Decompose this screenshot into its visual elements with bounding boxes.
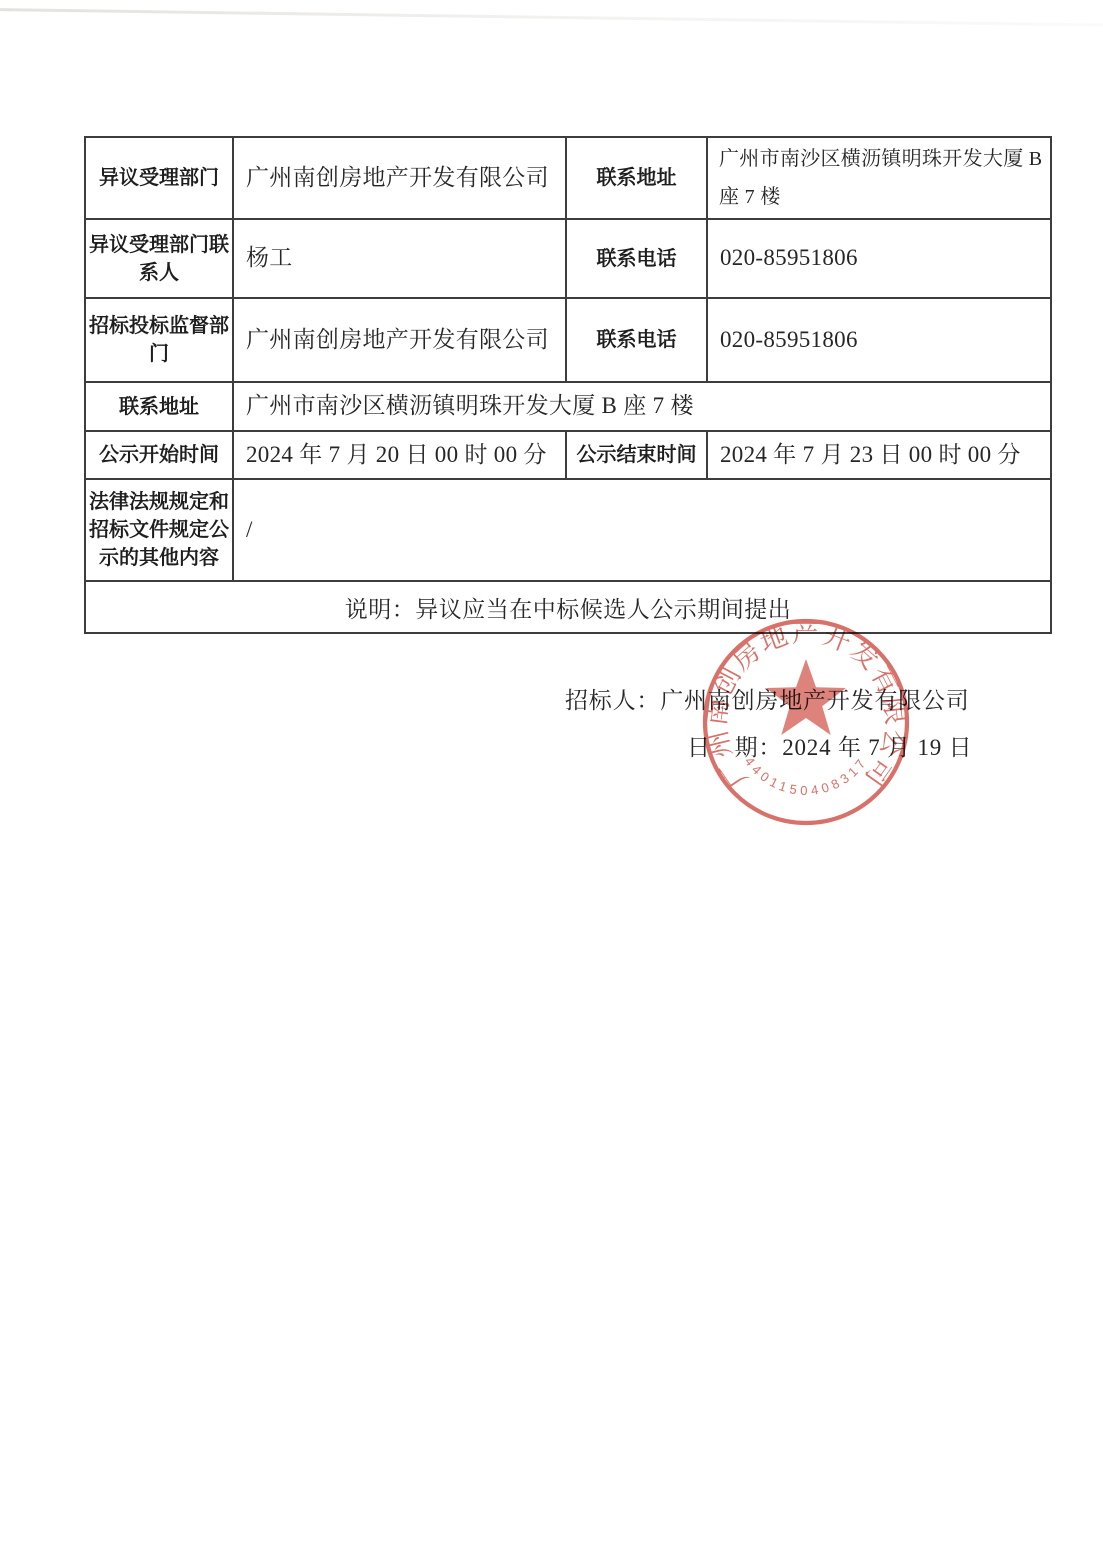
label-contact-address-full: 联系地址 xyxy=(85,382,233,431)
value-other-publicity-content: / xyxy=(233,479,1051,581)
value-contact-phone-2: 020-85951806 xyxy=(707,298,1051,382)
seal-serial-number: 4401150408317 xyxy=(742,753,871,798)
table-row: 法律法规规定和招标文件规定公示的其他内容 / xyxy=(85,479,1051,581)
label-contact-phone-2: 联系电话 xyxy=(566,298,707,382)
label-contact-address-right: 联系地址 xyxy=(566,137,707,219)
scan-artifact-line xyxy=(0,8,1103,27)
value-contact-address-right: 广州市南沙区横沥镇明珠开发大厦 B 座 7 楼 xyxy=(707,137,1051,219)
label-objection-contact: 异议受理部门联系人 xyxy=(85,219,233,298)
announcement-table: 异议受理部门 广州南创房地产开发有限公司 联系地址 广州市南沙区横沥镇明珠开发大… xyxy=(84,136,1052,634)
table-row: 公示开始时间 2024 年 7 月 20 日 00 时 00 分 公示结束时间 … xyxy=(85,431,1051,479)
value-publicity-start: 2024 年 7 月 20 日 00 时 00 分 xyxy=(233,431,566,479)
table-row: 异议受理部门 广州南创房地产开发有限公司 联系地址 广州市南沙区横沥镇明珠开发大… xyxy=(85,137,1051,219)
label-contact-phone-1: 联系电话 xyxy=(566,219,707,298)
label-supervision-dept: 招标投标监督部门 xyxy=(85,298,233,382)
label-objection-dept: 异议受理部门 xyxy=(85,137,233,219)
value-contact-address-full: 广州市南沙区横沥镇明珠开发大厦 B 座 7 楼 xyxy=(233,382,1051,431)
label-publicity-end: 公示结束时间 xyxy=(566,431,707,479)
label-other-publicity-content: 法律法规规定和招标文件规定公示的其他内容 xyxy=(85,479,233,581)
svg-text:4401150408317: 4401150408317 xyxy=(742,753,871,798)
table-row: 异议受理部门联系人 杨工 联系电话 020-85951806 xyxy=(85,219,1051,298)
company-seal-stamp: 广州南创房地产开发有限公司 4401150408317 xyxy=(690,606,922,838)
table-row: 招标投标监督部门 广州南创房地产开发有限公司 联系电话 020-85951806 xyxy=(85,298,1051,382)
value-supervision-dept: 广州南创房地产开发有限公司 xyxy=(233,298,566,382)
table-row: 联系地址 广州市南沙区横沥镇明珠开发大厦 B 座 7 楼 xyxy=(85,382,1051,431)
value-objection-contact: 杨工 xyxy=(233,219,566,298)
value-contact-phone-1: 020-85951806 xyxy=(707,219,1051,298)
document-page: 异议受理部门 广州南创房地产开发有限公司 联系地址 广州市南沙区横沥镇明珠开发大… xyxy=(0,0,1103,1560)
label-publicity-start: 公示开始时间 xyxy=(85,431,233,479)
value-objection-dept: 广州南创房地产开发有限公司 xyxy=(233,137,566,219)
star-icon xyxy=(766,659,846,735)
value-publicity-end: 2024 年 7 月 23 日 00 时 00 分 xyxy=(707,431,1051,479)
